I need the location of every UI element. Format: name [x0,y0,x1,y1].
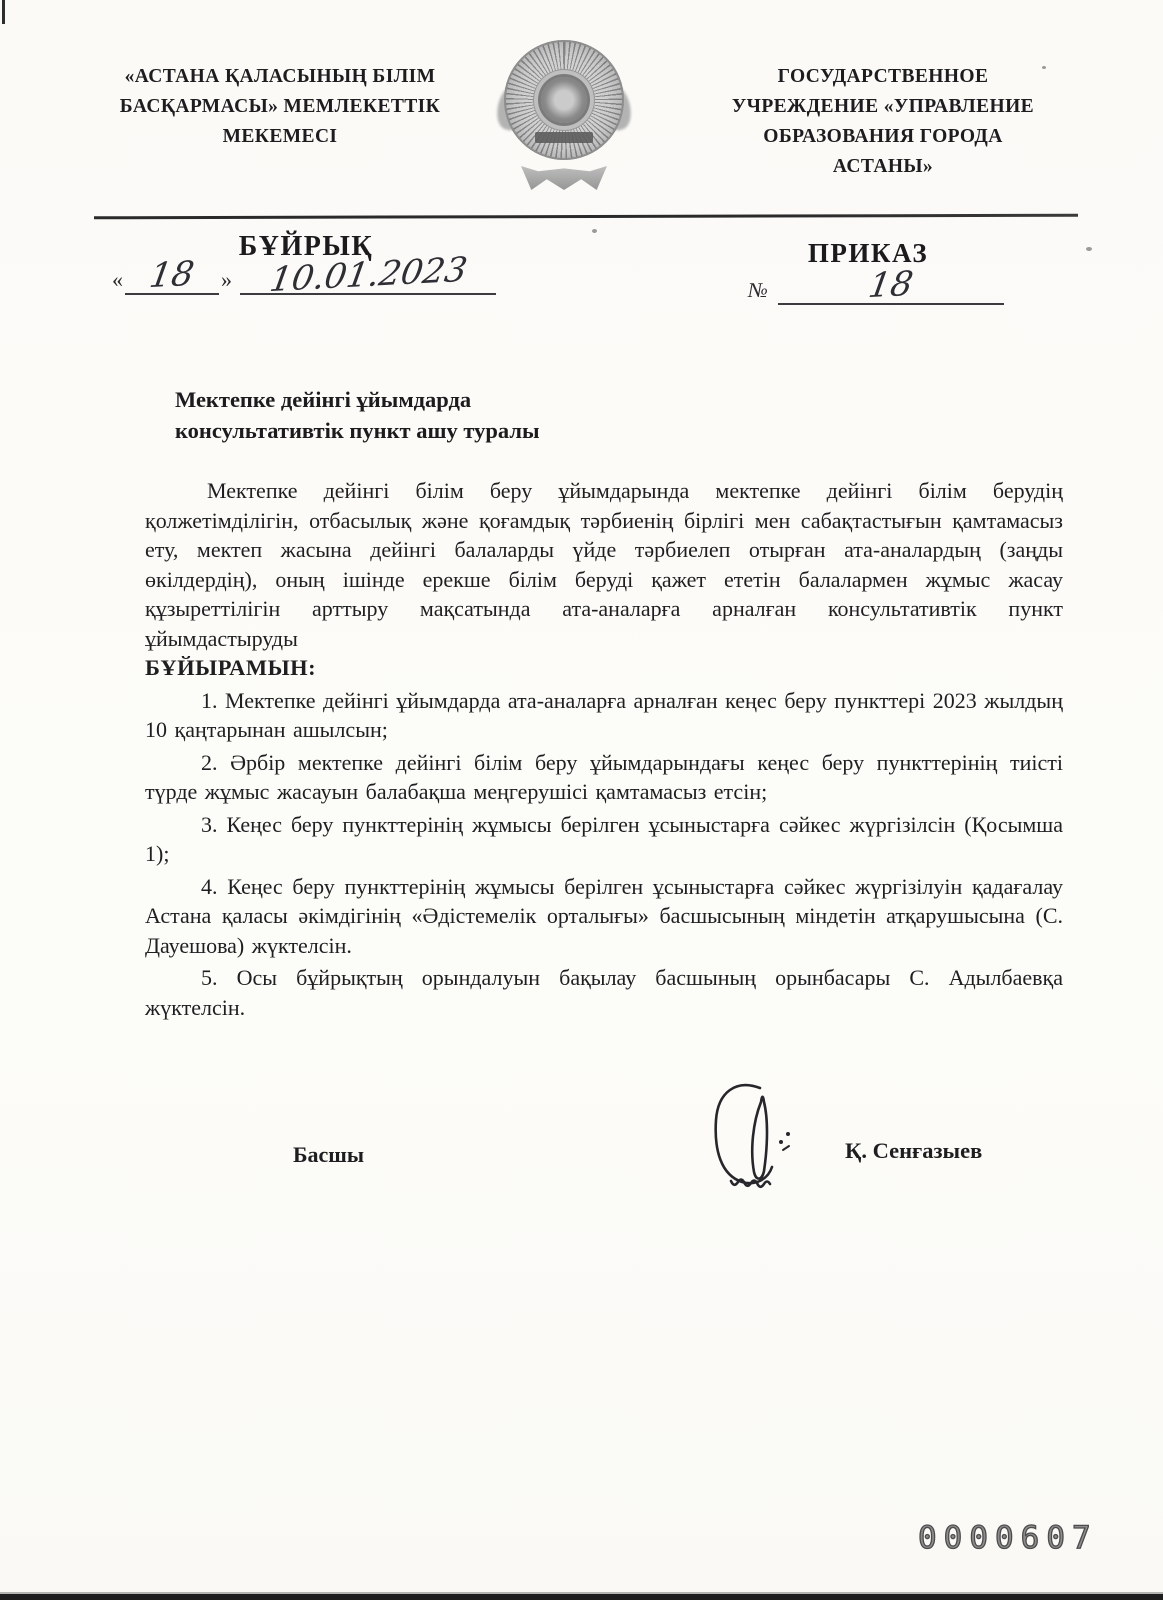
document-body: Мектепке дейінгі білім беру ұйымдарында … [145,476,1063,1022]
scan-speck [1086,247,1092,251]
signer-position-label: Басшы [293,1142,364,1168]
org-name-kazakh-line: «АСТАНА ҚАЛАСЫНЫҢ БІЛІМ [88,62,472,92]
order-item-2: 2. Әрбір мектепке дейінгі білім беру ұйы… [145,748,1063,807]
scan-edge-artifact-bottom [0,1592,1163,1600]
scan-speck [1042,66,1046,69]
number-underline: 18 [778,268,1004,305]
signature-scribble-svg [698,1078,818,1198]
scan-edge-artifact-top-left [2,0,5,24]
open-quote: « [110,267,125,295]
number-sign: № [748,278,768,305]
intro-paragraph: Мектепке дейінгі білім беру ұйымдарында … [145,476,1063,653]
signature-scribble [698,1078,818,1198]
document-title-line: Мектепке дейінгі ұйымдарда [175,384,540,415]
org-name-kazakh-line: БАСҚАРМАСЫ» МЕМЛЕКЕТТІК [88,92,472,122]
order-item-1: 1. Мектепке дейінгі ұйымдарда ата-аналар… [145,686,1063,745]
decree-word: БҰЙЫРАМЫН: [145,653,1063,683]
document-title-line: консультативтік пункт ашу туралы [175,415,540,446]
order-item-5: 5. Осы бұйрықтың орындалуын бақылау басш… [145,963,1063,1022]
org-name-russian-line: УЧРЕЖДЕНИЕ «УПРАВЛЕНИЕ [683,92,1083,122]
handwritten-day: 18 [147,257,196,294]
handwritten-date: 10.01.2023 [267,253,469,298]
signer-name: Қ. Сенғазыев [845,1138,982,1164]
page-number-stamp: 0000607 [918,1520,1098,1556]
org-name-russian-line: АСТАНЫ» [683,152,1083,182]
scanned-order-document: «АСТАНА ҚАЛАСЫНЫҢ БІЛІМ БАСҚАРМАСЫ» МЕМЛ… [0,0,1163,1600]
date-underline: 10.01.2023 [240,258,496,295]
close-quote: » [219,267,234,295]
state-emblem-of-kazakhstan-icon [500,34,628,196]
emblem-sun-rays-disc [504,40,624,160]
order-date-line: « 18 » 10.01.2023 [110,258,496,295]
document-title: Мектепке дейінгі ұйымдарда консультативт… [175,384,540,446]
org-name-russian-line: ОБРАЗОВАНИЯ ГОРОДА [683,122,1083,152]
order-item-4: 4. Кеңес беру пункттерінің жұмысы берілг… [145,872,1063,961]
org-name-russian-line: ГОСУДАРСТВЕННОЕ [683,62,1083,92]
emblem-bottom-ribbon [521,166,607,190]
day-underline: 18 [125,258,219,295]
org-name-kazakh-line: МЕКЕМЕСІ [88,122,472,152]
order-item-3: 3. Кеңес беру пункттерінің жұмысы берілг… [145,810,1063,869]
scan-speck [592,229,597,233]
handwritten-number: 18 [866,267,915,304]
org-name-kazakh: «АСТАНА ҚАЛАСЫНЫҢ БІЛІМ БАСҚАРМАСЫ» МЕМЛ… [88,62,472,152]
org-name-russian: ГОСУДАРСТВЕННОЕ УЧРЕЖДЕНИЕ «УПРАВЛЕНИЕ О… [683,62,1083,182]
order-number-line: № 18 [748,268,1004,305]
order-label-russian: ПРИКАЗ [778,238,958,269]
header-separator-rule [94,214,1078,220]
